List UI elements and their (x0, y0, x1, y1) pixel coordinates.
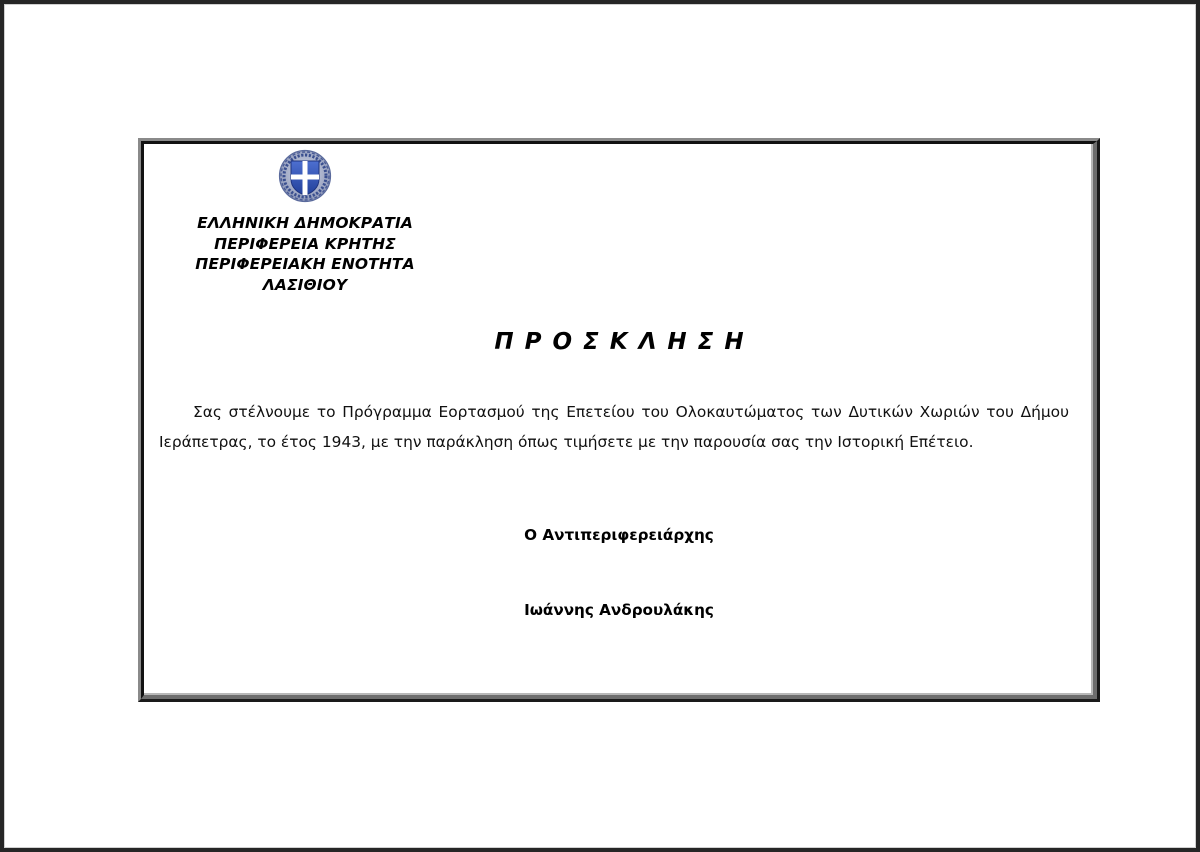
issuer-header: ΕΛΛΗΝΙΚΗ ΔΗΜΟΚΡΑΤΙΑ ΠΕΡΙΦΕΡΕΙΑ ΚΡΗΤΗΣ ΠΕ… (177, 149, 433, 295)
invitation-body: Σας στέλνουμε το Πρόγραμμα Εορτασμού της… (159, 397, 1069, 457)
header-line-prefecture: ΛΑΣΙΘΙΟΥ (177, 275, 433, 296)
document-title: ΠΡΟΣΚΛΗΣΗ (141, 329, 1097, 355)
invitation-frame: ΕΛΛΗΝΙΚΗ ΔΗΜΟΚΡΑΤΙΑ ΠΕΡΙΦΕΡΕΙΑ ΚΡΗΤΗΣ ΠΕ… (138, 138, 1100, 702)
greek-coat-of-arms-icon (278, 149, 332, 203)
header-line-unit: ΠΕΡΙΦΕΡΕΙΑΚΗ ΕΝΟΤΗΤΑ (177, 254, 433, 275)
signatory-name: Ιωάννης Ανδρουλάκης (141, 601, 1097, 619)
document-page: ΕΛΛΗΝΙΚΗ ΔΗΜΟΚΡΑΤΙΑ ΠΕΡΙΦΕΡΕΙΑ ΚΡΗΤΗΣ ΠΕ… (0, 0, 1200, 852)
header-line-republic: ΕΛΛΗΝΙΚΗ ΔΗΜΟΚΡΑΤΙΑ (177, 213, 433, 234)
header-line-region: ΠΕΡΙΦΕΡΕΙΑ ΚΡΗΤΗΣ (177, 234, 433, 255)
signatory-role: Ο Αντιπεριφερειάρχης (141, 526, 1097, 544)
